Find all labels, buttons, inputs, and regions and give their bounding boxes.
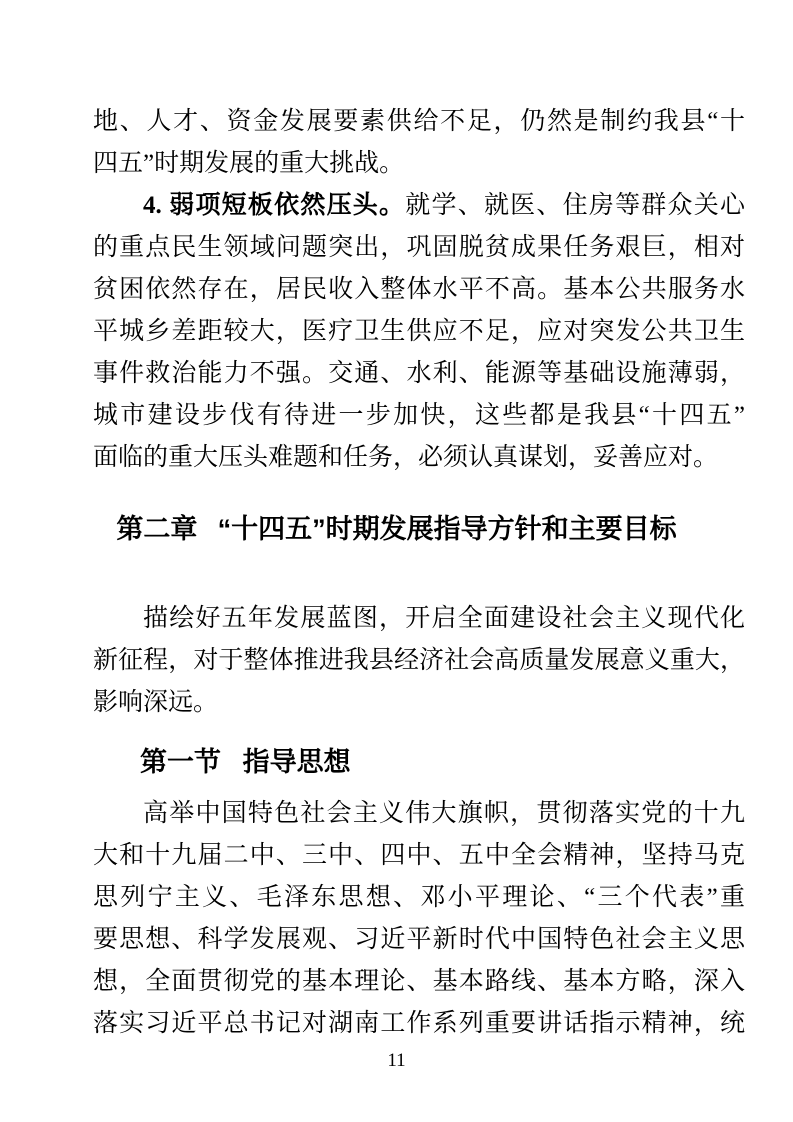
text-line: 事件救治能力不强。交通、水利、能源等基础设施薄弱，	[93, 353, 745, 395]
page-number: 11	[0, 1048, 793, 1074]
text-line: 城市建设步伐有待进一步加快，这些都是我县“十四五”	[93, 395, 745, 437]
text-line: 要思想、科学发展观、习近平新时代中国特色社会主义思	[93, 919, 745, 961]
text-line: 平城乡差距较大，医疗卫生供应不足，应对突发公共卫生	[93, 311, 745, 353]
body-paragraph-weak-points: 4. 弱项短板依然压头。就学、就医、住房等群众关心的重点民生领域问题突出，巩固脱…	[93, 185, 745, 479]
section-number: 第一节	[140, 747, 221, 777]
body-paragraph-continuation: 地、人才、资金发展要素供给不足，仍然是制约我县“十四五”时期发展的重大挑战。	[93, 101, 745, 185]
text-line: 想，全面贯彻党的基本理论、基本路线、基本方略，深入	[93, 961, 745, 1003]
chapter-number: 第二章	[116, 514, 197, 544]
text-line: 地、人才、资金发展要素供给不足，仍然是制约我县“十	[93, 101, 745, 143]
chapter-title: “十四五”时期发展指导方针和主要目标	[218, 514, 677, 544]
bold-run-in-text: 4. 弱项短板依然压头。	[143, 192, 405, 219]
text-line: 4. 弱项短板依然压头。就学、就医、住房等群众关心	[93, 185, 745, 227]
text-line: 四五”时期发展的重大挑战。	[93, 143, 745, 185]
text-line: 面临的重大压头难题和任务，必须认真谋划，妥善应对。	[93, 437, 745, 479]
text-line: 贫困依然存在，居民收入整体水平不高。基本公共服务水	[93, 269, 745, 311]
body-paragraph-guiding-ideology: 高举中国特色社会主义伟大旗帜，贯彻落实党的十九大和十九届二中、三中、四中、五中全…	[93, 793, 745, 1045]
text-line: 影响深远。	[93, 682, 745, 724]
document-page: 地、人才、资金发展要素供给不足，仍然是制约我县“十四五”时期发展的重大挑战。 4…	[0, 0, 793, 1122]
text-line: 思列宁主义、毛泽东思想、邓小平理论、“三个代表”重	[93, 877, 745, 919]
text-line: 新征程，对于整体推进我县经济社会高质量发展意义重大，	[93, 640, 745, 682]
chapter-heading: 第二章“十四五”时期发展指导方针和主要目标	[0, 508, 793, 550]
section-title: 指导思想	[243, 747, 351, 777]
text-line: 的重点民生领域问题突出，巩固脱贫成果任务艰巨，相对	[93, 227, 745, 269]
text-line: 描绘好五年发展蓝图，开启全面建设社会主义现代化	[93, 598, 745, 640]
text-line: 落实习近平总书记对湖南工作系列重要讲话指示精神，统	[93, 1003, 745, 1045]
text-line: 大和十九届二中、三中、四中、五中全会精神，坚持马克	[93, 835, 745, 877]
section-heading: 第一节指导思想	[140, 741, 351, 783]
body-text: 就学、就医、住房等群众关心	[405, 192, 745, 219]
body-paragraph-blueprint: 描绘好五年发展蓝图，开启全面建设社会主义现代化新征程，对于整体推进我县经济社会高…	[93, 598, 745, 724]
text-line: 高举中国特色社会主义伟大旗帜，贯彻落实党的十九	[93, 793, 745, 835]
